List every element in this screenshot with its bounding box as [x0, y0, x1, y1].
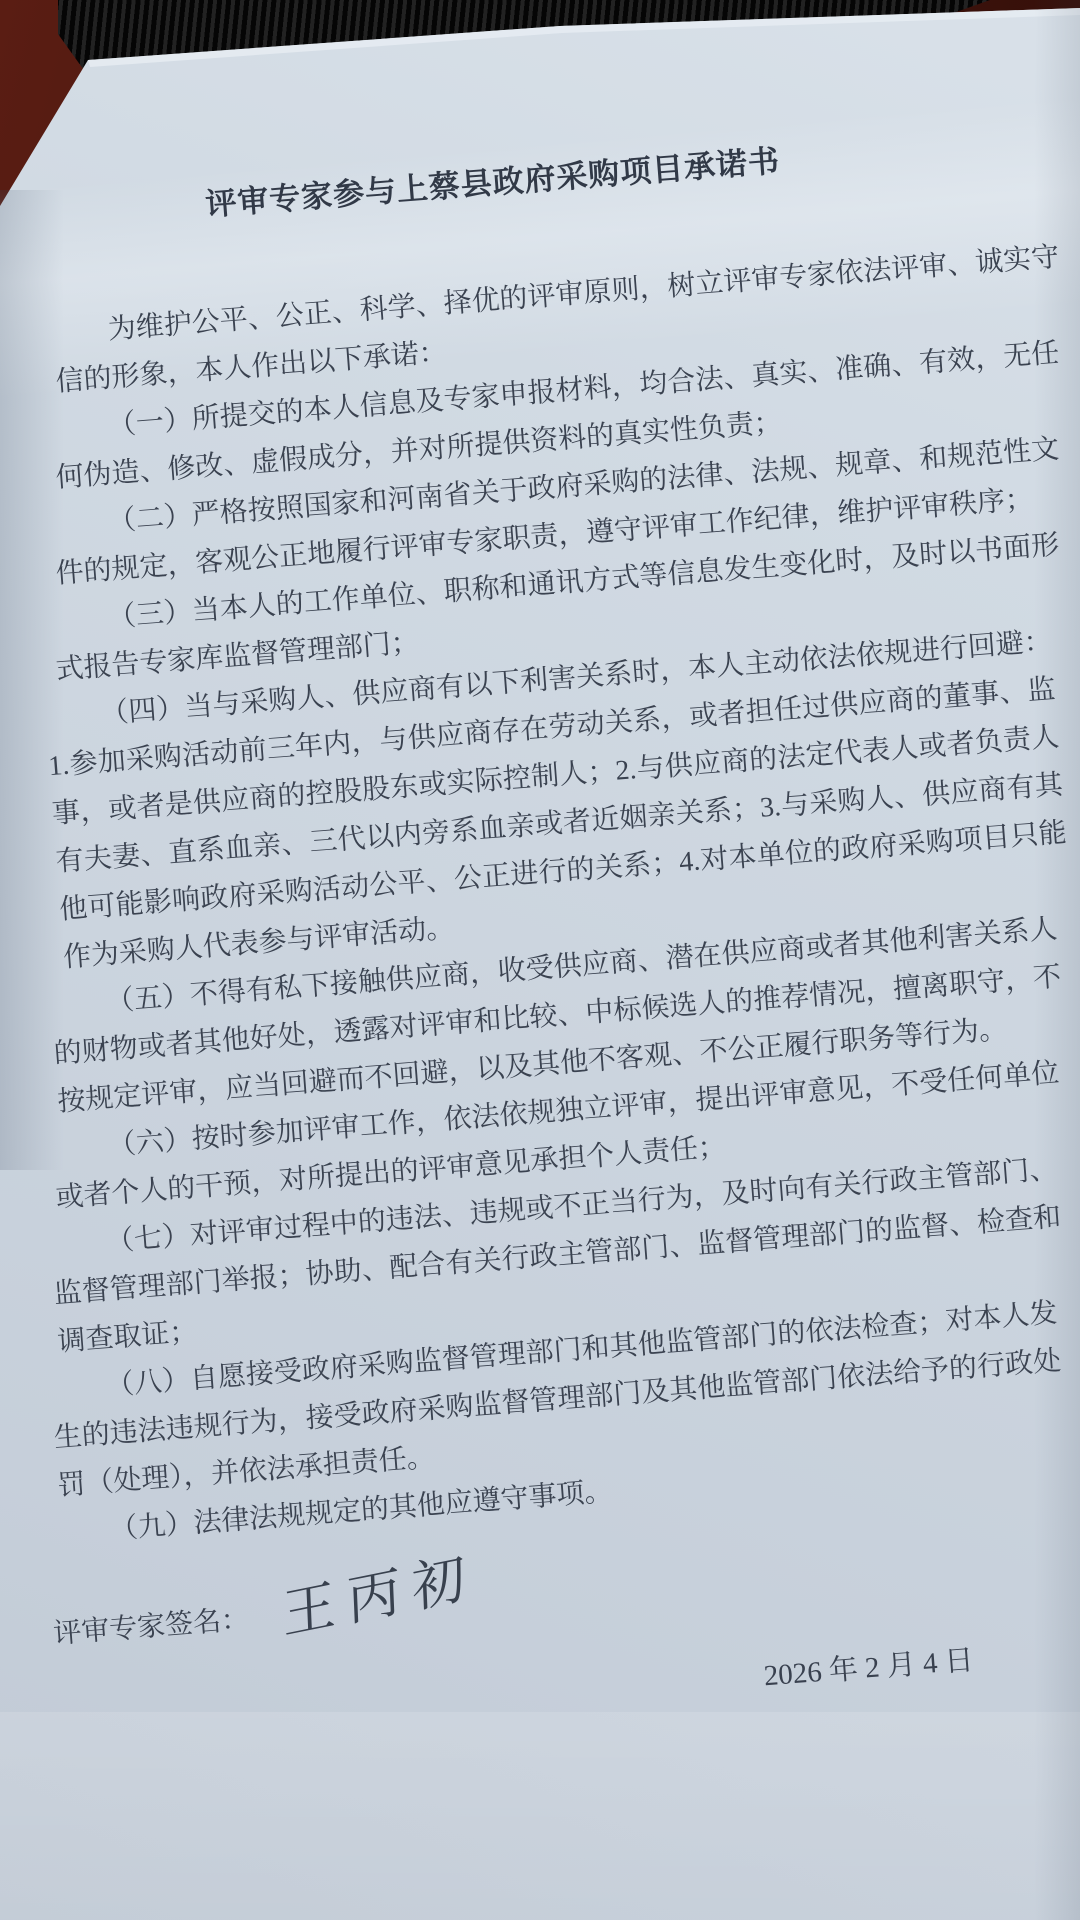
signature-label: 评审专家签名： — [52, 1596, 251, 1659]
handwritten-signature: 王丙初 — [282, 1552, 478, 1640]
document-content: 评审专家参与上蔡县政府采购项目承诺书 为维护公平、公正、科学、择优的评审原则，树… — [18, 193, 1080, 1755]
photo-background: 评审专家参与上蔡县政府采购项目承诺书 为维护公平、公正、科学、择优的评审原则，树… — [0, 0, 1080, 1920]
